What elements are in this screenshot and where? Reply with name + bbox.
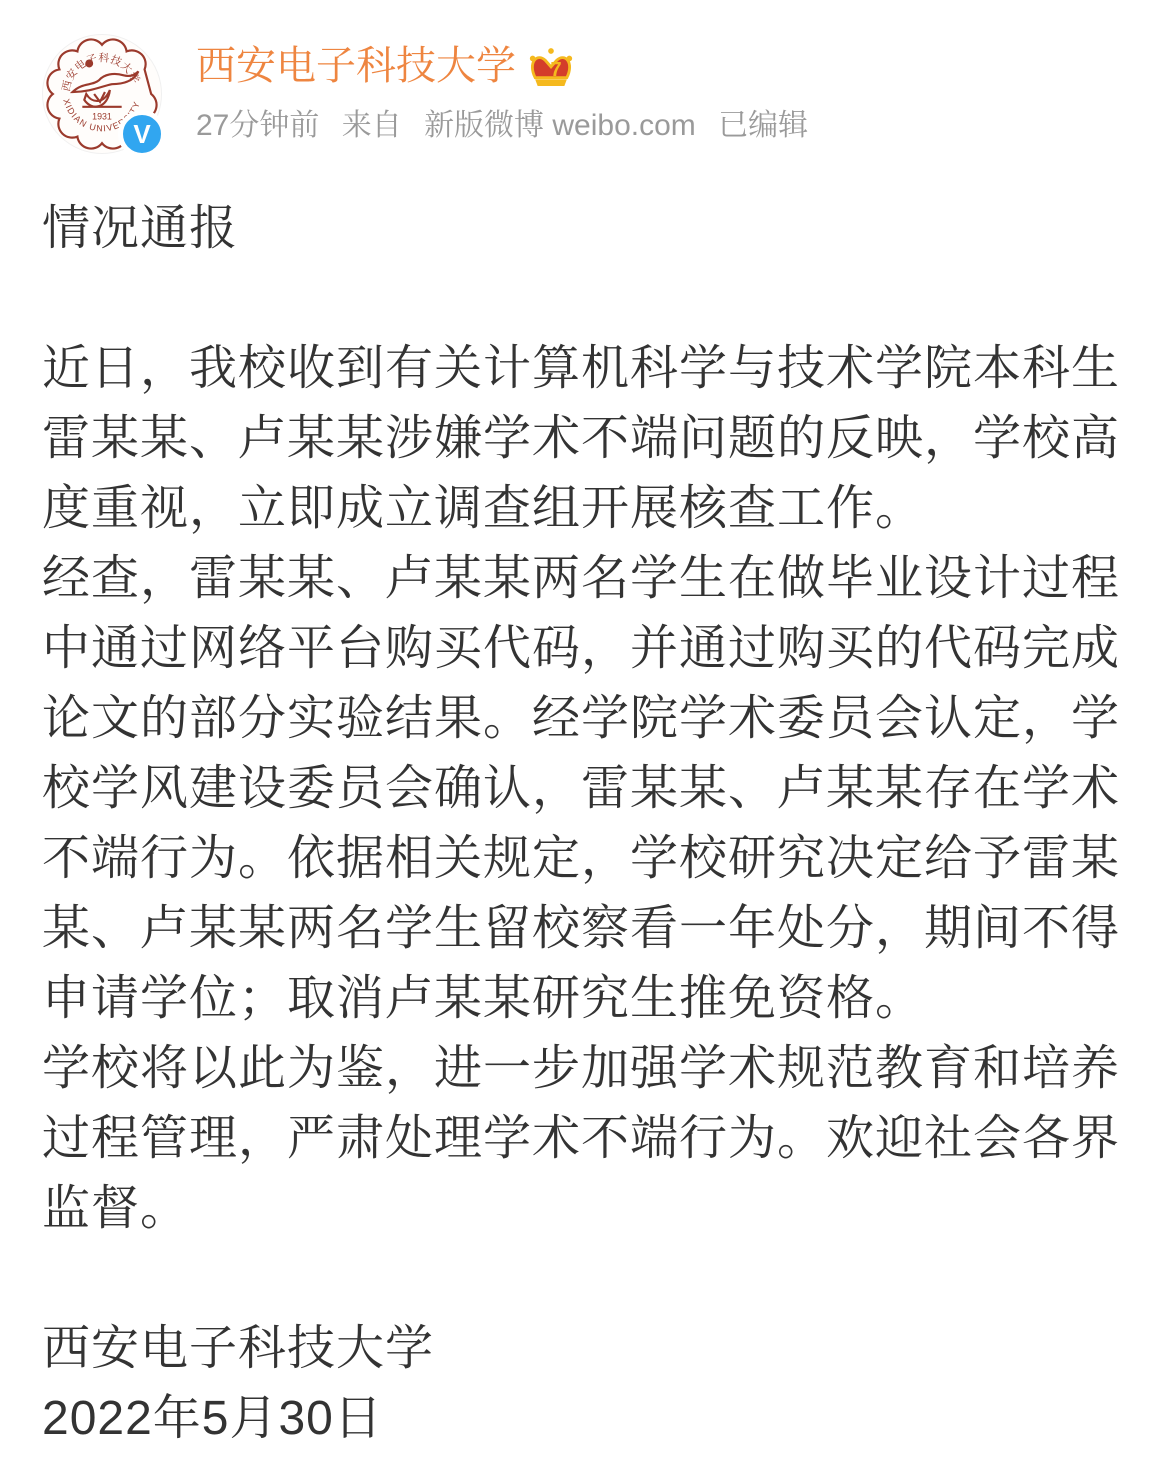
avatar[interactable]: 西安电子科技大学 1931 XIDIAN UNIVERSITY [42,34,162,154]
weibo-post: 西安电子科技大学 1931 XIDIAN UNIVERSITY [0,0,1170,1454]
edited-label[interactable]: 已编辑 [718,109,808,142]
post-meta: 27分钟前 来自 新版微博 weibo.com 已编辑 [196,106,822,146]
post-paragraph: 经查，雷某某、卢某某两名学生在做毕业设计过程中通过网络平台购买代码，并通过购买的… [42,544,1128,1034]
source-link[interactable]: 新版微博 weibo.com [424,109,696,142]
vip-crown-level: 7 [550,59,561,81]
header-text: 西安电子科技大学 7 27分钟前 来自 新版微博 weibo.com 已编辑 [196,34,822,146]
vip-crown-icon[interactable]: 7 [526,41,576,91]
post-date: 2022年5月30日 [42,1384,1128,1454]
post-timestamp[interactable]: 27分钟前 [196,109,319,142]
post-paragraph: 近日，我校收到有关计算机科学与技术学院本科生雷某某、卢某某涉嫌学术不端问题的反映… [42,334,1128,544]
post-content: 情况通报 近日，我校收到有关计算机科学与技术学院本科生雷某某、卢某某涉嫌学术不端… [42,194,1128,1454]
post-paragraph: 学校将以此为鉴，进一步加强学术规范教育和培养过程管理，严肃处理学术不端行为。欢迎… [42,1034,1128,1244]
source-label: 来自 [342,109,402,142]
verified-badge-icon: V [118,110,166,158]
post-title: 情况通报 [42,194,1128,264]
seal-year: 1931 [92,112,112,122]
username-link[interactable]: 西安电子科技大学 [196,40,516,92]
seal-bird-icon [73,71,139,106]
post-header: 西安电子科技大学 1931 XIDIAN UNIVERSITY [42,34,1128,154]
signature: 西安电子科技大学 [42,1314,1128,1384]
signature-block: 西安电子科技大学 2022年5月30日 [42,1314,1128,1454]
